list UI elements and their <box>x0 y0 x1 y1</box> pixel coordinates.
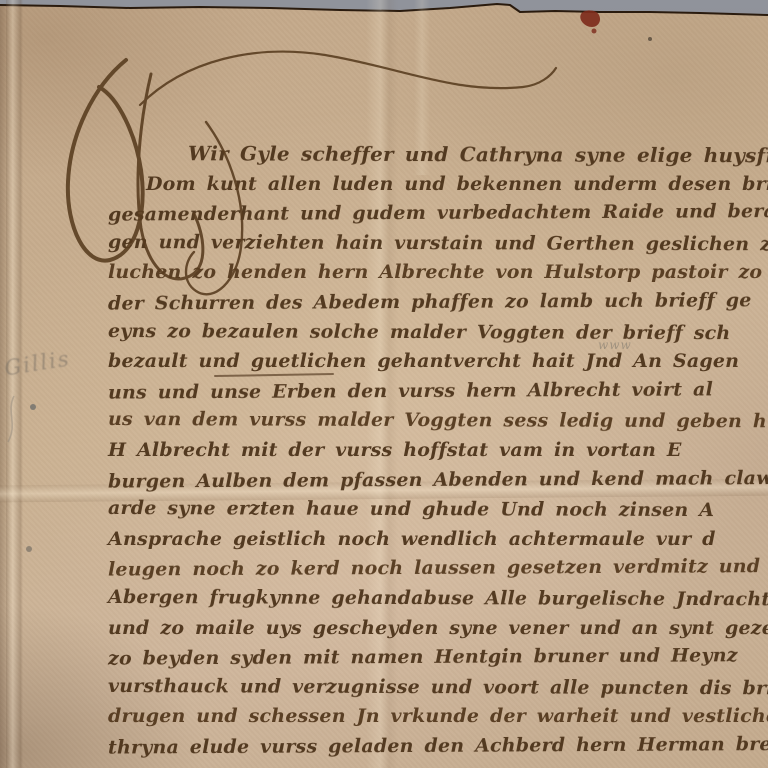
manuscript-line: H Albrecht mit der vurss hoffstat vam in… <box>0 436 768 466</box>
manuscript-line: leugen noch zo kerd noch laussen gesetze… <box>0 552 768 586</box>
manuscript-line: Abergen frugkynne gehandabuse Alle burge… <box>0 582 768 614</box>
interlinear-pencil-note: www <box>598 338 632 352</box>
manuscript-line: arde syne erzten haue und ghude Und noch… <box>0 494 768 526</box>
manuscript-line: us van dem vurss malder Voggten sess led… <box>0 405 768 437</box>
manuscript-line: burgen Aulben dem pfassen Abenden und ke… <box>0 463 768 497</box>
manuscript-line: und zo maile uys gescheyden syne vener u… <box>0 614 768 644</box>
manuscript-line: Ansprache geistlich noch wendlich achter… <box>0 525 768 555</box>
manuscript-photo: Wir Gyle scheffer und Cathryna syne elig… <box>0 0 768 768</box>
manuscript-line: eyns zo bezaulen solche malder Voggten d… <box>0 316 768 348</box>
manuscript-line: Wir Gyle scheffer und Cathryna syne elig… <box>0 139 768 171</box>
manuscript-line: zo beyden syden mit namen Hentgin bruner… <box>0 641 768 675</box>
manuscript-line: der Schurren des Abedem phaffen zo lamb … <box>0 286 768 320</box>
manuscript-line: uns und unse Erben den vurss hern Albrec… <box>0 375 768 409</box>
manuscript-line: Dom kunt allen luden und bekennen underm… <box>0 170 768 200</box>
manuscript-line: vursthauck und verzugnisse und voort all… <box>0 671 768 703</box>
manuscript-line: gesamenderhant und gudem vurbedachtem Ra… <box>0 197 768 231</box>
manuscript-line: luchen zo henden hern Albrechte von Huls… <box>0 258 768 288</box>
manuscript-line: bezault und guetlichen gehantvercht hait… <box>0 347 768 377</box>
manuscript-line: drugen und schessen Jn vrkunde der warhe… <box>0 702 768 732</box>
manuscript-line: thryna elude vurss geladen den Achberd h… <box>0 730 768 764</box>
manuscript-line: gen und verziehten hain vurstain und Ger… <box>0 227 768 259</box>
manuscript-text: Wir Gyle scheffer und Cathryna syne elig… <box>0 140 768 761</box>
